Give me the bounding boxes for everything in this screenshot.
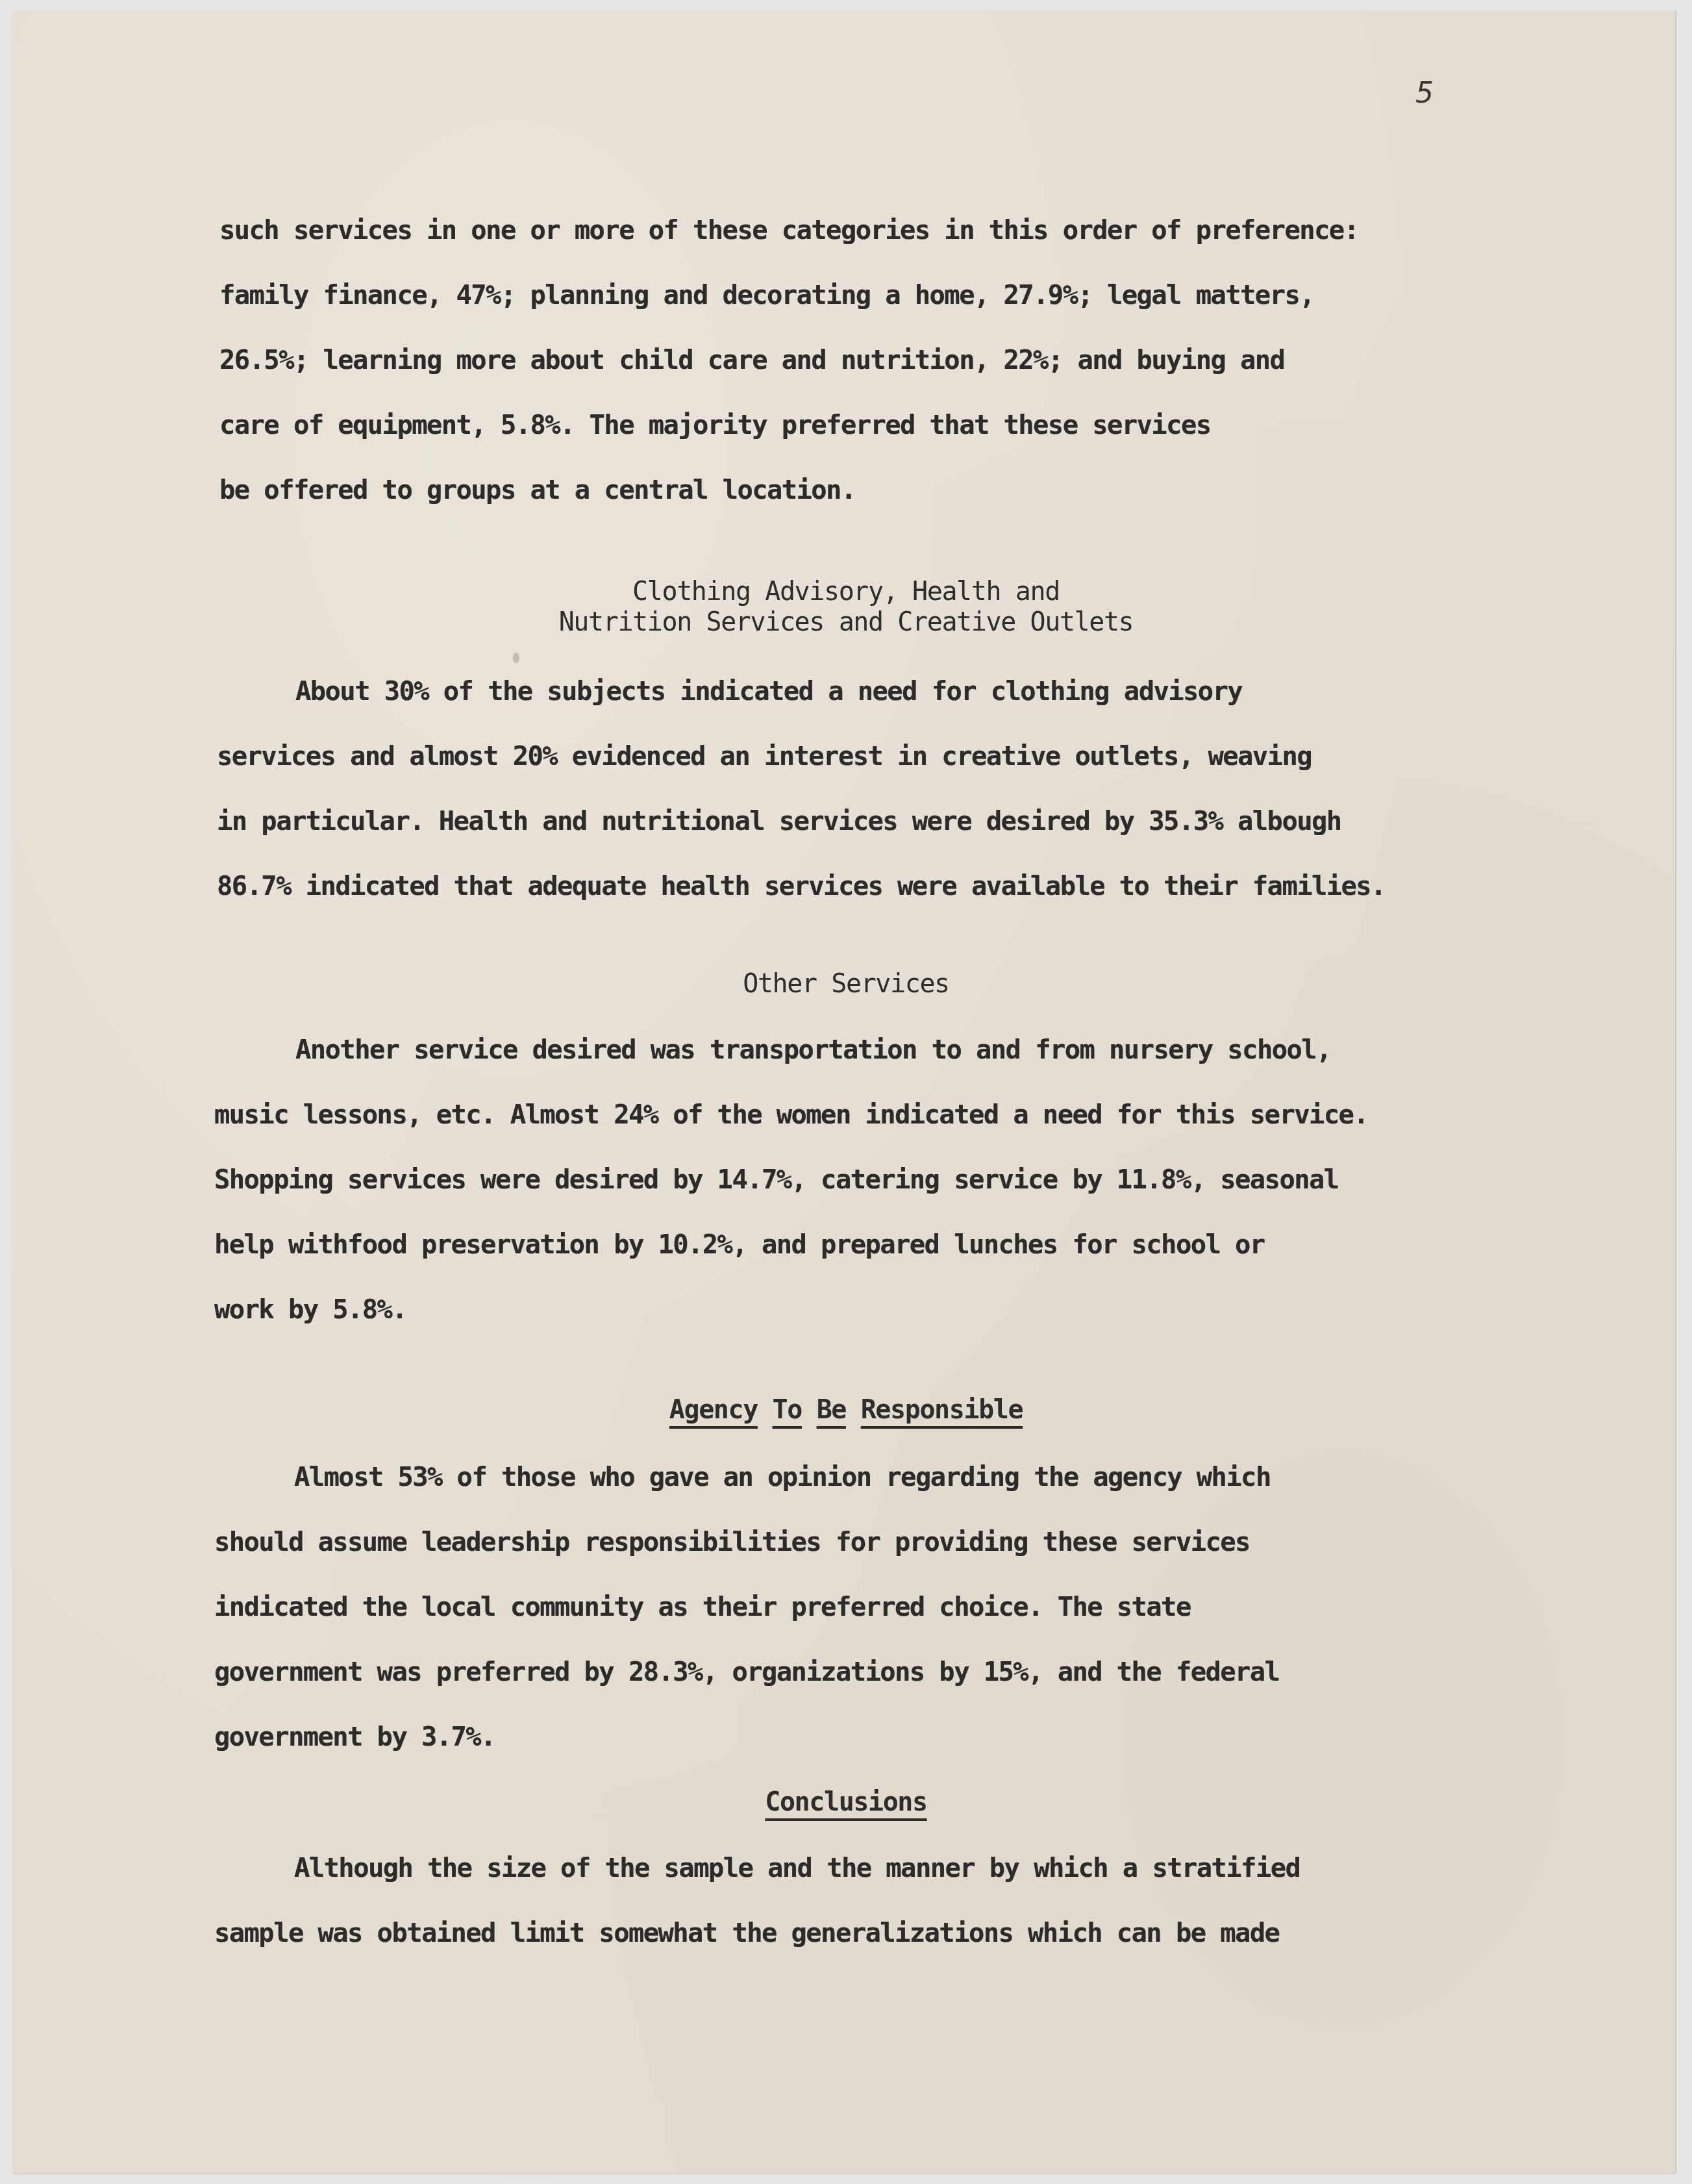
paragraph-line: be offered to groups at a central locati…: [219, 474, 856, 505]
paragraph-line: Although the size of the sample and the …: [294, 1852, 1300, 1883]
heading-word: Be: [817, 1395, 846, 1425]
page-number: 5: [1415, 77, 1434, 110]
section-heading-clothing-line2: Nutrition Services and Creative Outlets: [0, 607, 1692, 637]
paragraph-line: family finance, 47%; planning and decora…: [219, 279, 1314, 310]
heading-word: Conclusions: [765, 1787, 927, 1817]
paragraph-line: Shopping services were desired by 14.7%,…: [214, 1164, 1339, 1195]
section-heading-agency: Agency To Be Responsible: [0, 1395, 1692, 1425]
paragraph-line: sample was obtained limit somewhat the g…: [214, 1917, 1279, 1948]
heading-word: Responsible: [861, 1395, 1023, 1425]
paragraph-line: Another service desired was transportati…: [295, 1034, 1331, 1065]
ink-speck: [513, 653, 519, 663]
paragraph-line: services and almost 20% evidenced an int…: [217, 740, 1312, 772]
document-page: [12, 10, 1676, 2174]
paragraph-line: government was preferred by 28.3%, organ…: [214, 1656, 1279, 1687]
paragraph-line: music lessons, etc. Almost 24% of the wo…: [214, 1099, 1368, 1130]
paragraph-line: in particular. Health and nutritional se…: [217, 805, 1341, 836]
heading-word: To: [773, 1395, 802, 1425]
paragraph-line: Almost 53% of those who gave an opinion …: [294, 1461, 1271, 1492]
section-heading-other-services: Other Services: [0, 969, 1692, 999]
paragraph-line: such services in one or more of these ca…: [219, 214, 1358, 245]
heading-word: Agency: [669, 1395, 758, 1425]
paragraph-line: should assume leadership responsibilitie…: [214, 1526, 1250, 1557]
paragraph-line: indicated the local community as their p…: [214, 1591, 1191, 1622]
paragraph-line: government by 3.7%.: [214, 1721, 495, 1752]
section-heading-clothing-line1: Clothing Advisory, Health and: [0, 577, 1692, 607]
paragraph-line: care of equipment, 5.8%. The majority pr…: [219, 409, 1210, 440]
section-heading-conclusions: Conclusions: [0, 1787, 1692, 1817]
paragraph-line: help withfood preservation by 10.2%, and…: [214, 1229, 1265, 1260]
paragraph-line: work by 5.8%.: [214, 1294, 406, 1325]
paragraph-line: About 30% of the subjects indicated a ne…: [295, 675, 1242, 707]
paragraph-line: 26.5%; learning more about child care an…: [219, 344, 1284, 375]
paragraph-line: 86.7% indicated that adequate health ser…: [217, 870, 1386, 901]
